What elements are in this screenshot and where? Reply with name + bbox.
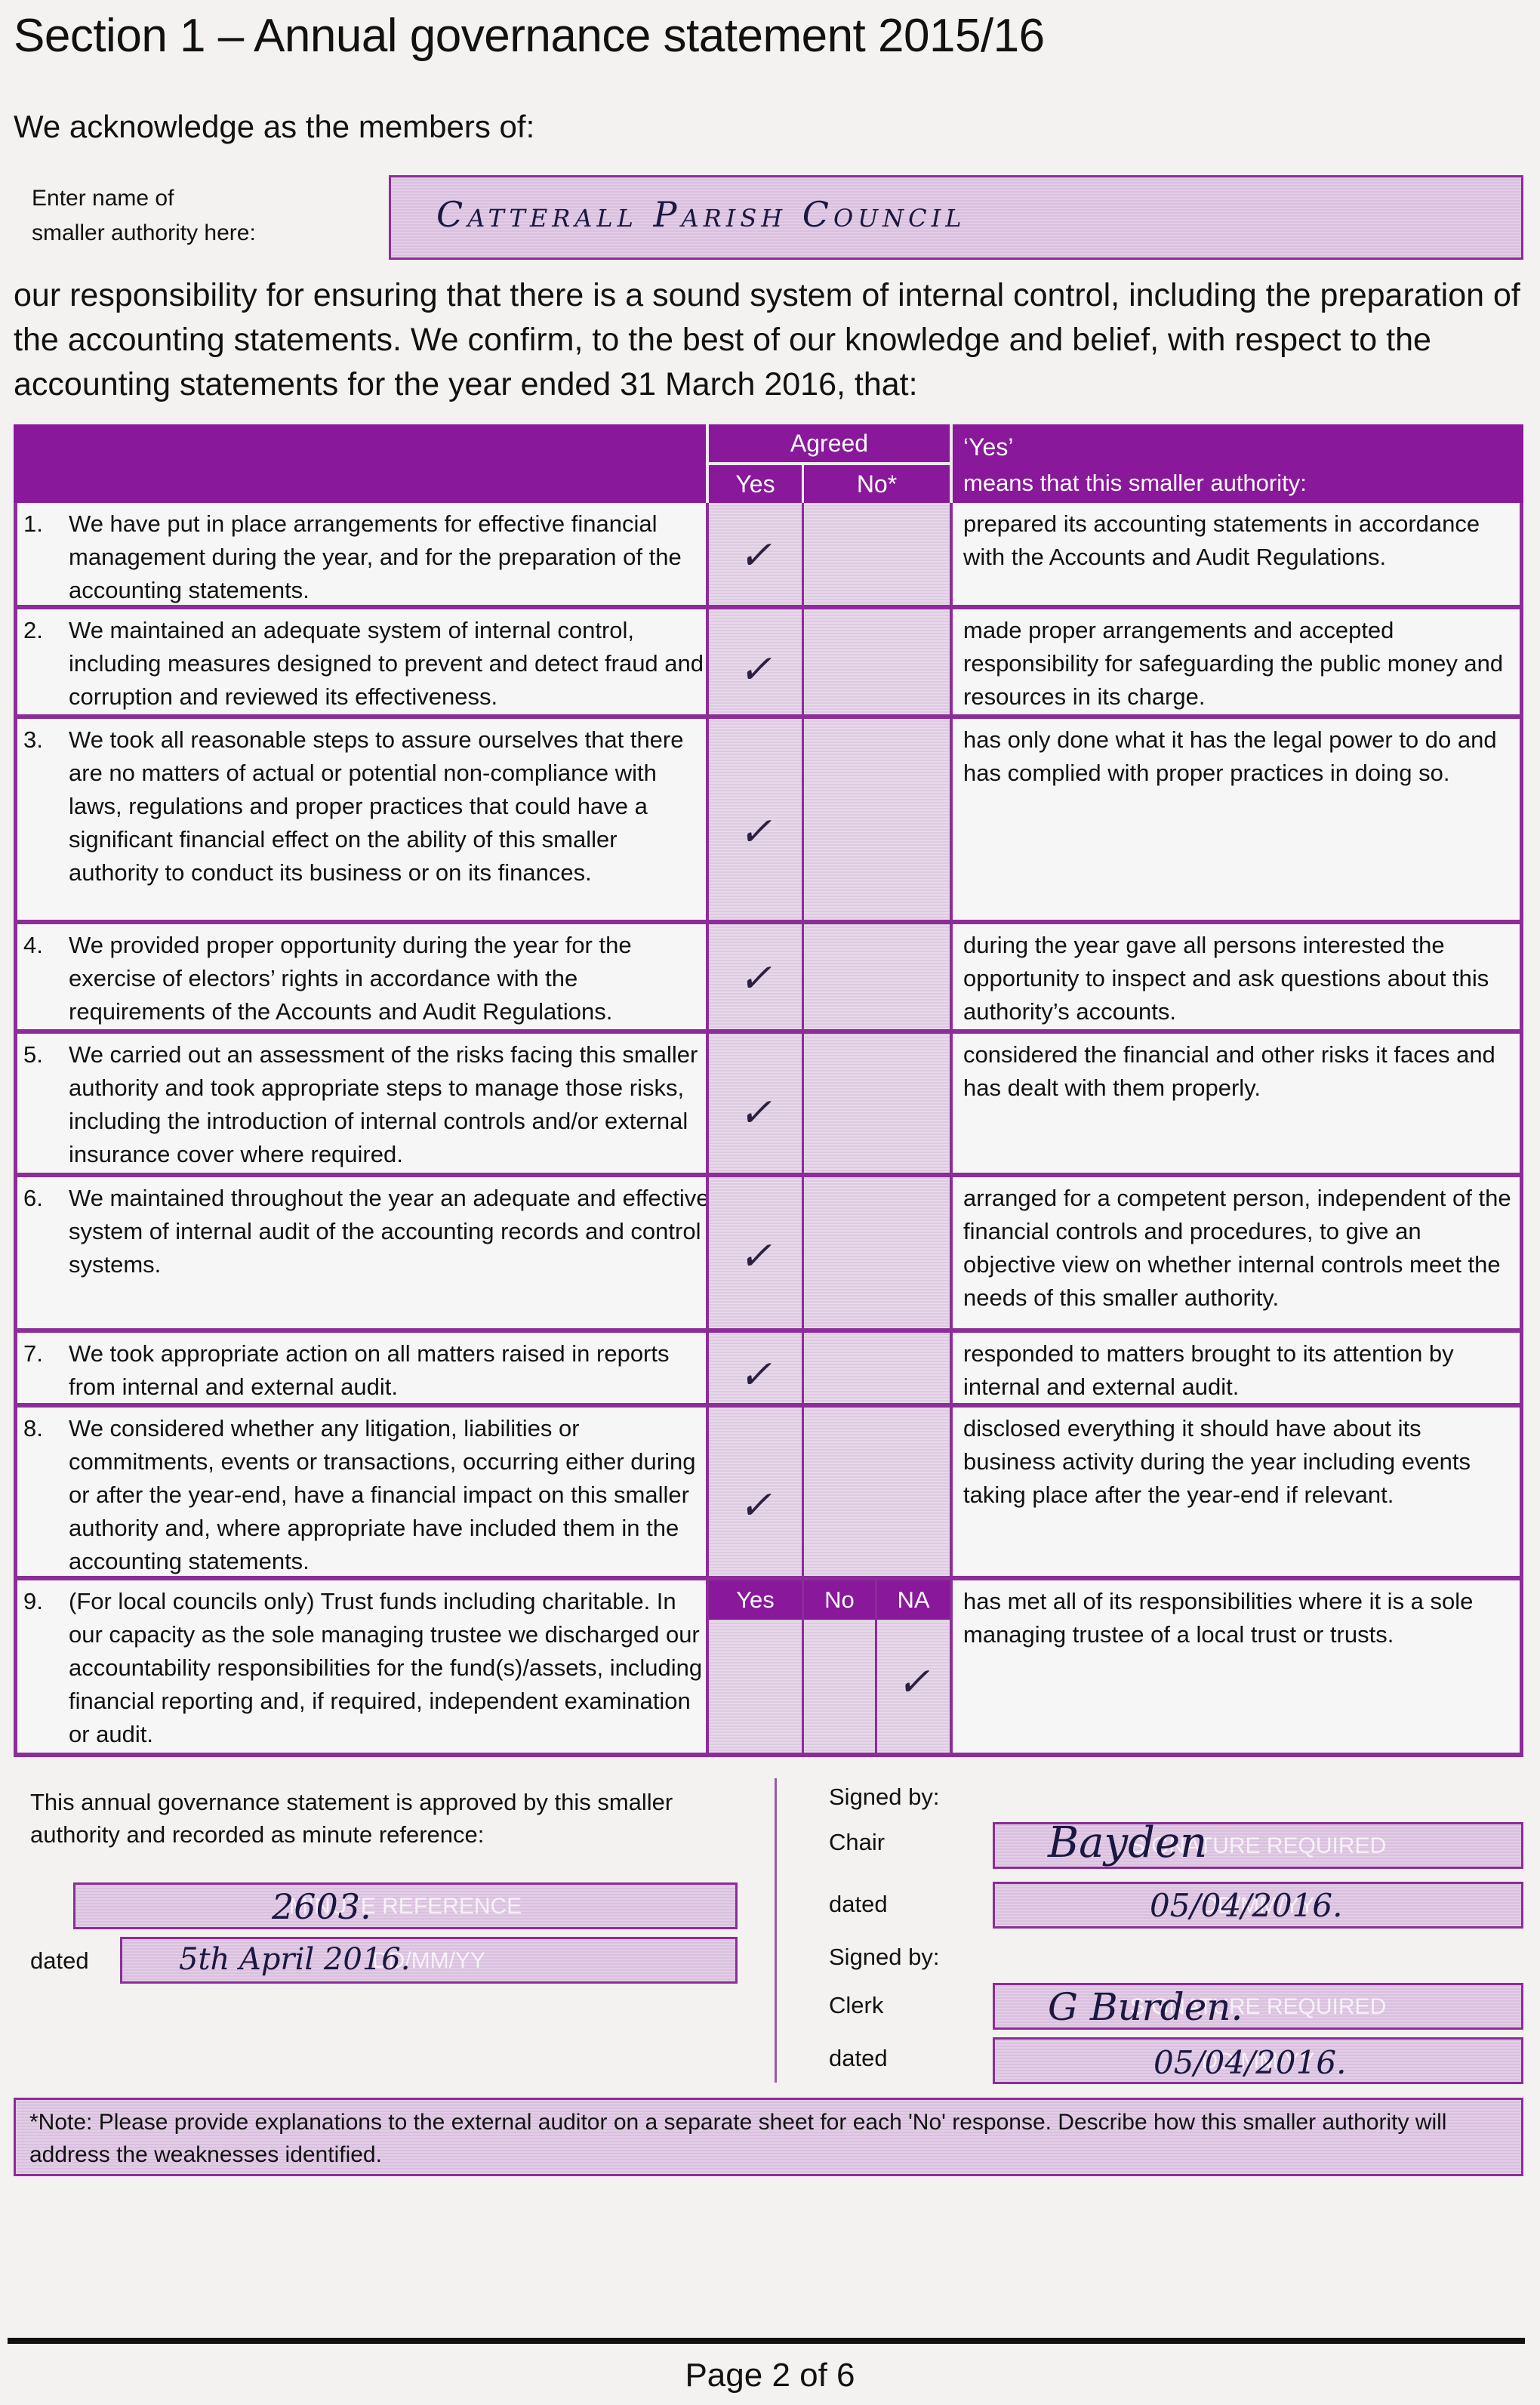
no-checkbox[interactable] (804, 609, 953, 714)
row-number: 8. (23, 1412, 43, 1445)
row-number: 5. (23, 1038, 43, 1071)
table-row: 1.We have put in place arrangements for … (14, 503, 1523, 609)
yes-checkbox[interactable]: ✓ (706, 1333, 804, 1403)
row-number: 1. (23, 507, 43, 541)
note-text: *Note: Please provide explanations to th… (29, 2106, 1509, 2171)
yes-meaning-subheader: means that this smaller authority: (963, 468, 1307, 498)
intro-text: We acknowledge as the members of: (14, 107, 534, 146)
note-box: *Note: Please provide explanations to th… (14, 2098, 1523, 2176)
no-checkbox[interactable] (804, 1034, 953, 1173)
check-mark-icon: ✓ (709, 1352, 802, 1398)
minute-reference-field[interactable]: MINUTE REFERENCE 2603. (73, 1882, 738, 1929)
clerk-signature-value: G Burden. (1048, 1985, 1243, 2029)
yes-checkbox[interactable]: ✓ (706, 1034, 804, 1173)
yes-checkbox[interactable]: ✓ (706, 1408, 804, 1576)
chair-signature-field[interactable]: SIGNATURE REQUIRED Bayden (993, 1822, 1523, 1869)
row-meaning: responded to matters brought to its atte… (963, 1337, 1518, 1404)
yes-column-header: Yes (706, 465, 804, 503)
clerk-date-value: 05/04/2016. (1153, 2044, 1346, 2081)
row-number: 7. (23, 1337, 43, 1371)
footer-rule (8, 2338, 1525, 2344)
check-mark-icon: ✓ (709, 1234, 802, 1279)
no-checkbox[interactable] (804, 1408, 953, 1576)
table-row: 5.We carried out an assessment of the ri… (14, 1034, 1523, 1177)
yes-checkbox[interactable]: ✓ (706, 924, 804, 1029)
authority-name-value: Catterall Parish Council (436, 194, 966, 235)
yes-checkbox[interactable]: ✓ (706, 719, 804, 920)
no-column-header: No* (804, 465, 953, 503)
row-number: 4. (23, 929, 43, 962)
no-checkbox[interactable] (804, 1333, 953, 1403)
minute-reference-value: 2603. (272, 1886, 371, 1927)
clerk-signed-by-label: Signed by: (829, 1942, 940, 1972)
trust-yes-checkbox[interactable]: Yes (706, 1580, 804, 1753)
responsibility-paragraph: our responsibility for ensuring that the… (14, 273, 1523, 407)
row-statement: (For local councils only) Trust funds in… (69, 1585, 710, 1751)
minute-dated-label: dated (30, 1946, 89, 1976)
row-number: 9. (23, 1585, 43, 1618)
table-header: Agreed Yes No* ‘Yes’ means that this sma… (14, 424, 1523, 503)
chair-dated-label: dated (829, 1889, 888, 1919)
row-statement: We took appropriate action on all matter… (69, 1337, 710, 1404)
authority-label-line2: smaller authority here: (32, 216, 256, 251)
table-row: 3.We took all reasonable steps to assure… (14, 719, 1523, 924)
row-meaning: considered the financial and other risks… (963, 1038, 1518, 1105)
check-mark-icon: ✓ (709, 533, 802, 578)
row-meaning: prepared its accounting statements in ac… (963, 507, 1518, 574)
table-row: 8.We considered whether any litigation, … (14, 1408, 1523, 1580)
trust-na-checkbox[interactable]: NA✓ (877, 1580, 953, 1753)
yes-meaning-header: ‘Yes’ (963, 432, 1013, 462)
clerk-label: Clerk (829, 1990, 883, 2021)
approval-statement: This annual governance statement is appr… (30, 1786, 710, 1851)
check-mark-icon: ✓ (709, 956, 802, 1001)
row-statement: We have put in place arrangements for ef… (69, 507, 710, 607)
chair-signed-by-label: Signed by: (829, 1782, 940, 1812)
trust-na-header: NA (877, 1580, 950, 1620)
row-statement: We maintained an adequate system of inte… (69, 614, 710, 714)
row-number: 3. (23, 723, 43, 757)
row-number: 2. (23, 614, 43, 647)
table-row: 6.We maintained throughout the year an a… (14, 1177, 1523, 1333)
row-meaning: has met all of its responsibilities wher… (963, 1585, 1518, 1651)
check-mark-icon: ✓ (709, 1483, 802, 1528)
check-mark-icon: ✓ (709, 809, 802, 855)
approval-divider (775, 1778, 777, 2083)
row-meaning: during the year gave all persons interes… (963, 929, 1518, 1028)
table-row-trust-funds: 9.(For local councils only) Trust funds … (14, 1580, 1523, 1757)
row-meaning: made proper arrangements and accepted re… (963, 614, 1518, 714)
clerk-signature-field[interactable]: SIGNATURE REQUIRED G Burden. (993, 1983, 1523, 2030)
minute-date-field[interactable]: DD/MM/YY 5th April 2016. (120, 1937, 738, 1984)
row-statement: We took all reasonable steps to assure o… (69, 723, 710, 890)
page-number: Page 2 of 6 (0, 2354, 1540, 2397)
trust-yes-header: Yes (709, 1580, 802, 1620)
authority-label-line1: Enter name of (32, 181, 256, 216)
row-meaning: disclosed everything it should have abou… (963, 1412, 1518, 1512)
authority-name-label: Enter name of smaller authority here: (32, 181, 256, 251)
page-title: Section 1 – Annual governance statement … (14, 6, 1045, 66)
chair-date-value: 05/04/2016. (1150, 1887, 1342, 1924)
minute-date-value: 5th April 2016. (179, 1942, 410, 1977)
chair-date-field[interactable]: DD/MM/YY 05/04/2016. (993, 1882, 1523, 1929)
no-checkbox[interactable] (804, 1177, 953, 1328)
check-mark-icon: ✓ (709, 1090, 802, 1136)
table-row: 4.We provided proper opportunity during … (14, 924, 1523, 1034)
check-mark-icon: ✓ (877, 1660, 950, 1705)
row-statement: We provided proper opportunity during th… (69, 929, 710, 1028)
no-checkbox[interactable] (804, 719, 953, 920)
yes-checkbox[interactable]: ✓ (706, 503, 804, 605)
trust-no-checkbox[interactable]: No (804, 1580, 877, 1753)
row-statement: We considered whether any litigation, li… (69, 1412, 710, 1578)
agreed-header: Agreed (706, 424, 953, 462)
no-checkbox[interactable] (804, 503, 953, 605)
row-statement: We carried out an assessment of the risk… (69, 1038, 710, 1171)
yes-checkbox[interactable]: ✓ (706, 1177, 804, 1328)
minute-reference-placeholder: MINUTE REFERENCE (75, 1885, 735, 1927)
clerk-dated-label: dated (829, 2043, 888, 2074)
table-row: 7.We took appropriate action on all matt… (14, 1333, 1523, 1408)
no-checkbox[interactable] (804, 924, 953, 1029)
row-statement: We maintained throughout the year an ade… (69, 1182, 710, 1281)
yes-checkbox[interactable]: ✓ (706, 609, 804, 714)
chair-label: Chair (829, 1827, 885, 1858)
row-number: 6. (23, 1182, 43, 1215)
authority-name-field[interactable]: Catterall Parish Council (389, 175, 1523, 260)
chair-signature-value: Bayden (1048, 1818, 1207, 1867)
row-meaning: has only done what it has the legal powe… (963, 723, 1518, 790)
trust-no-header: No (804, 1580, 875, 1620)
table-row: 2.We maintained an adequate system of in… (14, 609, 1523, 719)
clerk-date-field[interactable]: DD/MM/YY 05/04/2016. (993, 2037, 1523, 2084)
check-mark-icon: ✓ (709, 647, 802, 692)
row-meaning: arranged for a competent person, indepen… (963, 1182, 1518, 1315)
